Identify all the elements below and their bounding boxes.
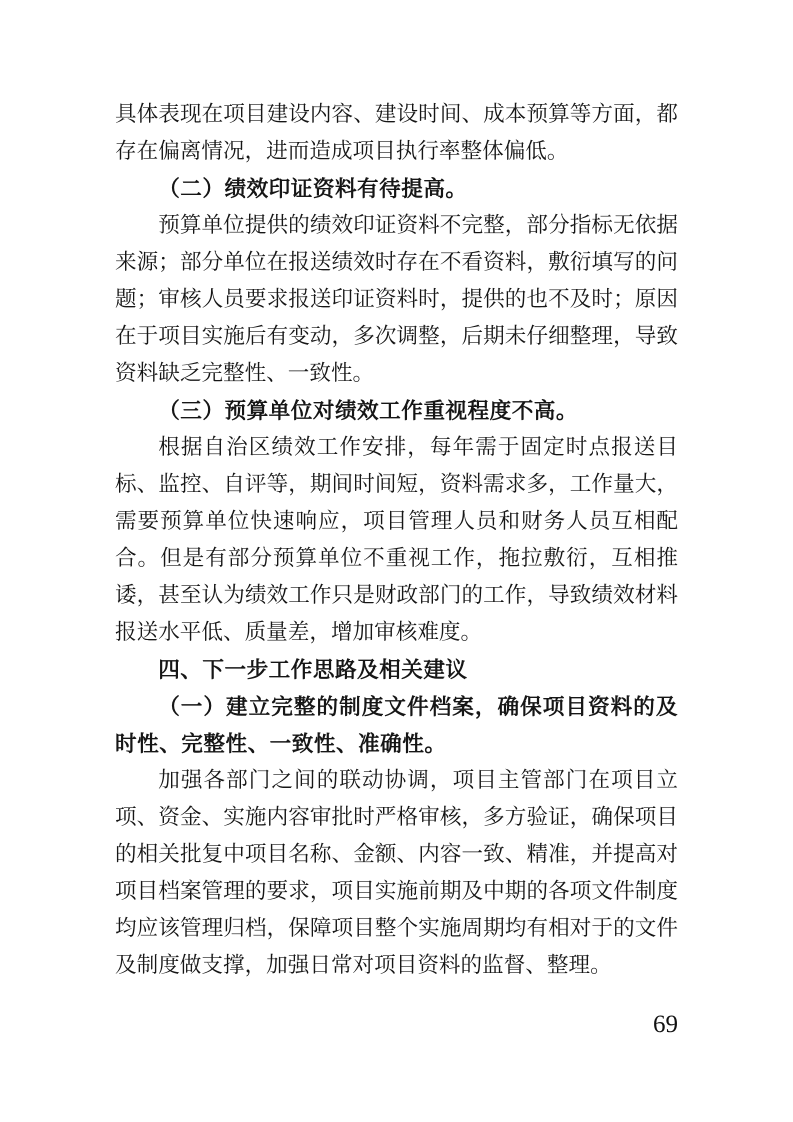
paragraph: 根据自治区绩效工作安排，每年需于固定时点报送目标、监控、自评等，期间时间短，资料… xyxy=(115,429,678,651)
document-body: 具体表现在项目建设内容、建设时间、成本预算等方面，都存在偏离情况，进而造成项目执… xyxy=(115,96,678,984)
paragraph: 预算单位提供的绩效印证资料不完整，部分指标无依据来源；部分单位在报送绩效时存在不… xyxy=(115,207,678,392)
paragraph: 加强各部门之间的联动协调，项目主管部门在项目立项、资金、实施内容审批时严格审核，… xyxy=(115,762,678,984)
section-heading: （一）建立完整的制度文件档案，确保项目资料的及时性、完整性、一致性、准确性。 xyxy=(115,688,678,762)
section-heading: 四、下一步工作思路及相关建议 xyxy=(115,651,678,688)
page-footer: 69 xyxy=(115,1010,678,1040)
section-heading: （二）绩效印证资料有待提高。 xyxy=(115,170,678,207)
page-number: 69 xyxy=(653,1011,678,1038)
paragraph: 具体表现在项目建设内容、建设时间、成本预算等方面，都存在偏离情况，进而造成项目执… xyxy=(115,96,678,170)
section-heading: （三）预算单位对绩效工作重视程度不高。 xyxy=(115,392,678,429)
document-page: 具体表现在项目建设内容、建设时间、成本预算等方面，都存在偏离情况，进而造成项目执… xyxy=(0,0,793,1122)
